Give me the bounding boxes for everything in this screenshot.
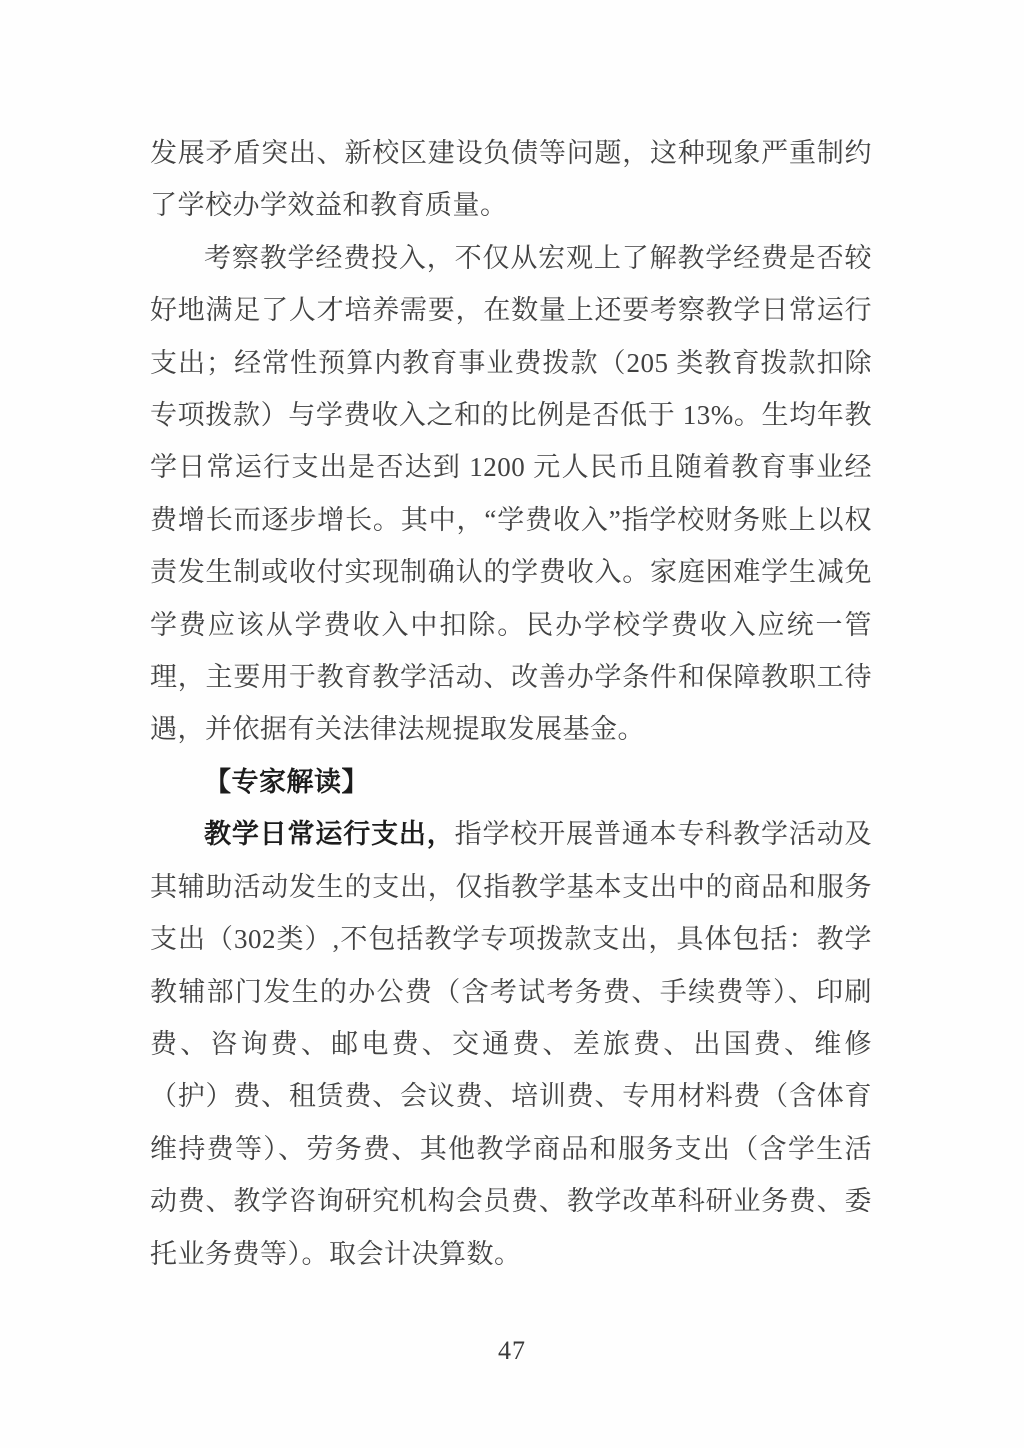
paragraph-expert-definition: 教学日常运行支出，指学校开展普通本专科教学活动及其辅助活动发生的支出，仅指教学基…: [150, 808, 872, 1280]
section-heading-expert-interpretation: 【专家解读】: [150, 756, 872, 808]
term-definition-text: 指学校开展普通本专科教学活动及其辅助活动发生的支出，仅指教学基本支出中的商品和服…: [150, 819, 872, 1268]
paragraph-funding-criteria: 考察教学经费投入，不仅从宏观上了解教学经费是否较好地满足了人才培养需要，在数量上…: [150, 232, 872, 756]
term-bold-lead: 教学日常运行支出，: [204, 819, 455, 849]
document-page: 发展矛盾突出、新校区建设负债等问题，这种现象严重制约了学校办学效益和教育质量。 …: [0, 0, 1024, 1448]
body-text: 发展矛盾突出、新校区建设负债等问题，这种现象严重制约了学校办学效益和教育质量。 …: [150, 127, 872, 1280]
page-number: 47: [0, 1336, 1024, 1366]
paragraph-continuation: 发展矛盾突出、新校区建设负债等问题，这种现象严重制约了学校办学效益和教育质量。: [150, 127, 872, 232]
